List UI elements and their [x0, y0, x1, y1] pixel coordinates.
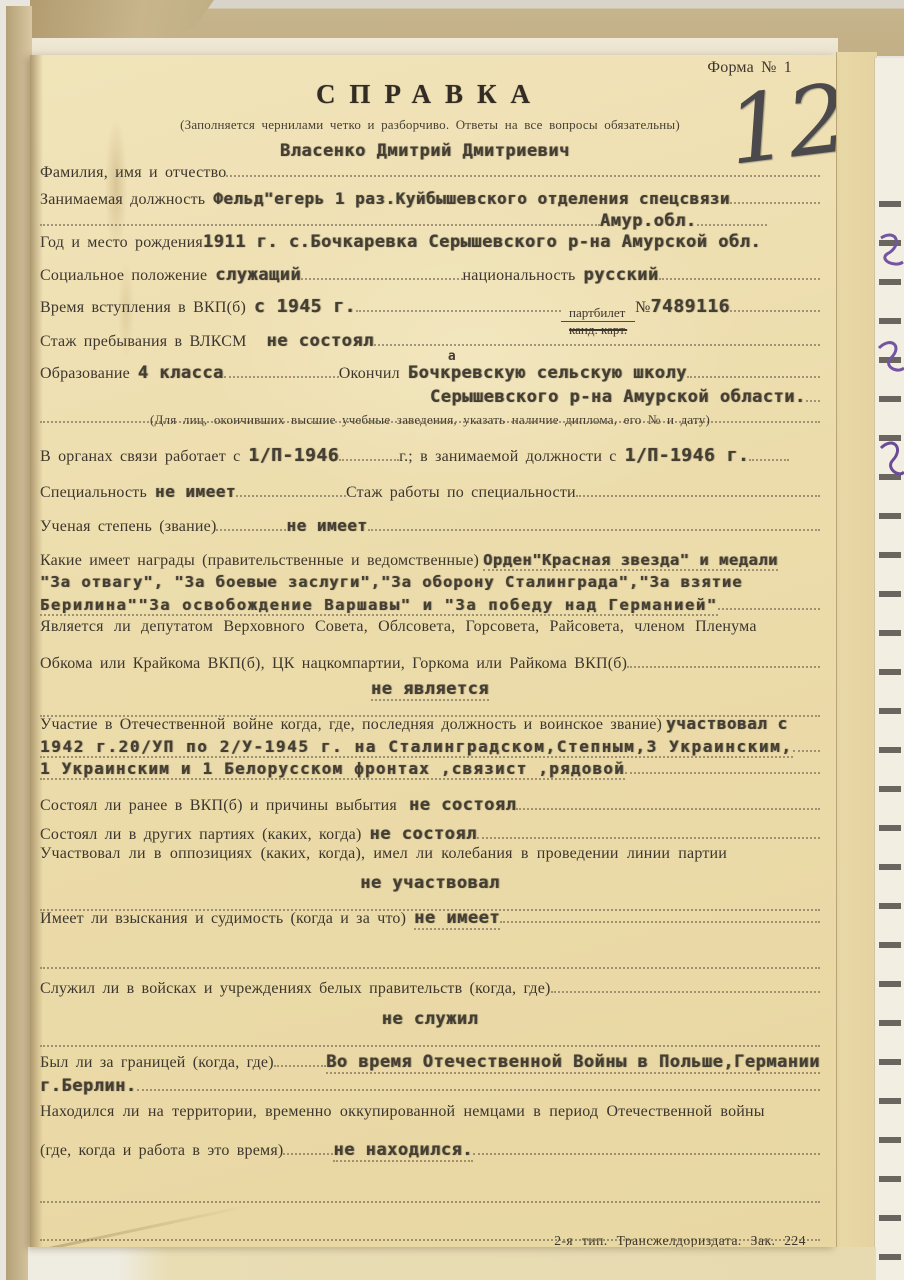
- dotted-line: [730, 188, 820, 204]
- field-degree-label: Ученая степень (звание): [40, 518, 216, 536]
- dotted-line: [687, 362, 820, 378]
- field-other-parties-value: не состоял: [370, 824, 477, 844]
- field-birth-label: Год и место рождения: [40, 234, 203, 252]
- handwritten-correction: а: [448, 349, 456, 364]
- dotted-line: [216, 515, 286, 531]
- field-penalties-label: Имеет ли взыскания и судимость (когда и …: [40, 910, 406, 928]
- dotted-line: [339, 445, 399, 461]
- dotted-line: [283, 1139, 333, 1155]
- number-sign: №: [635, 299, 650, 317]
- field-white-service-value: не служил: [382, 1009, 479, 1029]
- dotted-line: [473, 1139, 820, 1155]
- field-war-value1: участвовал с: [666, 714, 788, 733]
- field-specialty-experience-label: Стаж работы по специальности: [346, 484, 576, 502]
- underlying-sheet-bottom: [28, 1247, 876, 1280]
- dotted-line: [374, 330, 820, 346]
- dotted-line: [274, 1051, 326, 1067]
- handwritten-page-number: 12: [723, 72, 836, 180]
- dotted-line: [301, 264, 462, 280]
- field-school-value2: Серышевского р-на Амурской области.: [430, 387, 806, 407]
- dotted-line: [40, 1187, 820, 1203]
- field-specialty-label: Специальность: [40, 484, 147, 502]
- document-subtitle: (Заполняется чернилами четко и разборчив…: [180, 117, 680, 133]
- field-education-value: 4 класса: [138, 363, 224, 383]
- field-education-label: Образование: [40, 365, 130, 383]
- dotted-line: [576, 481, 820, 497]
- dotted-line: [627, 652, 820, 668]
- field-name-label: Фамилия, имя и отчество: [40, 164, 226, 182]
- document-page: Форма № 1 СПРАВКА (Заполняется чернилами…: [30, 55, 836, 1247]
- dotted-line: [224, 362, 339, 378]
- dotted-line: [226, 161, 820, 177]
- dotted-line: [477, 823, 820, 839]
- dotted-line: [368, 515, 820, 531]
- field-nationality-label: национальность: [463, 267, 576, 285]
- field-degree-value: не имеет: [286, 516, 367, 535]
- field-former-member-value: не состоял: [409, 795, 516, 815]
- field-specialty-value: не имеет: [155, 482, 236, 501]
- field-deputy-label1: Является ли депутатом Верховного Совета,…: [40, 618, 757, 636]
- field-deputy-value: не является: [371, 679, 489, 701]
- field-school-value: Бочкревскую сельскую школу: [408, 363, 687, 383]
- field-awards-value3: Берилина""За освобождение Варшавы" и "За…: [40, 596, 718, 616]
- dotted-line: [40, 953, 820, 969]
- field-service-label2: г.; в занимаемой должности с: [399, 448, 617, 466]
- field-komsomol-value: не состоял: [267, 331, 374, 351]
- field-birth-value: 1911 г. с.Бочкаревка Серышевского р-на А…: [203, 232, 761, 252]
- field-deputy-label2: Обкома или Крайкома ВКП(б), ЦК нацкомпар…: [40, 655, 627, 673]
- field-position-label: Занимаемая должность: [40, 191, 205, 209]
- document-title: СПРАВКА: [316, 79, 544, 110]
- field-awards-value1: Орден"Красная звезда" и медали: [483, 551, 778, 571]
- field-awards-label: Какие имеет награды (правительственные и…: [40, 552, 479, 570]
- dotted-line: [516, 794, 820, 810]
- field-opposition-label: Участвовал ли в оппозициях (каких, когда…: [40, 845, 727, 863]
- field-occupied-label1: Находился ли на территории, временно окк…: [40, 1103, 765, 1121]
- field-penalties-value: не имеет: [414, 908, 500, 930]
- field-graduated-label: Окончил: [339, 365, 400, 383]
- field-awards-value2: "За отвагу", "За боевые заслуги","За обо…: [40, 573, 743, 591]
- field-war-value3: 1 Украинским и 1 Белорусском фронтах ,св…: [40, 759, 625, 780]
- field-occupied-label2: (где, когда и работа в это время): [40, 1142, 283, 1160]
- field-war-value2: 1942 г.20/УП по 2/У-1945 г. на Сталингра…: [40, 737, 793, 758]
- dotted-line: [793, 736, 820, 752]
- party-card-number: 7489116: [651, 296, 730, 317]
- field-party-entry-label: Время вступления в ВКП(б): [40, 299, 246, 317]
- field-abroad-value: Во время Отечественной Войны в Польше,Ге…: [326, 1052, 820, 1074]
- field-komsomol-label: Стаж пребывания в ВЛКСМ: [40, 333, 247, 351]
- field-occupied-value: не находился.: [333, 1140, 473, 1162]
- field-position-value2: Амур.обл.: [600, 211, 697, 231]
- field-service-value: 1/П-1946: [248, 445, 339, 466]
- print-shop-imprint: 2-я тип. Трансжелдориздата. Зак. 224: [554, 1233, 806, 1247]
- field-war-label: Участие в Отечественной войне когда, где…: [40, 716, 662, 734]
- binding-shadow: [30, 55, 43, 1247]
- field-abroad-label: Был ли за границей (когда, где): [40, 1054, 274, 1072]
- field-service-label: В органах связи работает с: [40, 448, 240, 466]
- field-service-value2: 1/П-1946 г.: [625, 445, 750, 466]
- field-nationality-value: русский: [584, 265, 659, 285]
- underlying-page-top-edge: [26, 38, 838, 56]
- dotted-line: [730, 296, 820, 312]
- party-card-label: партбилет: [561, 305, 635, 322]
- field-former-member-label: Состоял ли ранее в ВКП(б) и причины выбы…: [40, 797, 397, 815]
- field-social-label: Социальное положение: [40, 267, 207, 285]
- neighbor-sheet-edge: [836, 52, 877, 1280]
- field-other-parties-label: Состоял ли в других партиях (каких, когд…: [40, 826, 362, 844]
- field-name-value: Власенко Дмитрий Дмитриевич: [280, 141, 570, 161]
- dotted-line: [806, 386, 820, 402]
- field-white-service-label: Служил ли в войсках и учреждениях белых …: [40, 980, 551, 998]
- dotted-line: [697, 210, 767, 226]
- field-position-value: Фельд"егерь 1 раз.Куйбышевского отделени…: [213, 189, 730, 208]
- dotted-line: [40, 210, 600, 226]
- dotted-line: [625, 758, 820, 774]
- field-social-value: служащий: [215, 265, 301, 285]
- dotted-line: [718, 594, 820, 610]
- field-party-entry-value: с 1945 г.: [254, 296, 356, 317]
- field-opposition-value: не участвовал: [360, 873, 500, 893]
- dotted-line: [40, 1031, 820, 1047]
- folder-binding-strip: [6, 6, 32, 1280]
- dotted-line: [551, 977, 820, 993]
- neighbor-page-handwriting-icon: [877, 228, 904, 488]
- dotted-line: [137, 1075, 820, 1091]
- education-note: (Для лиц, окончивших высшие учебные заве…: [150, 412, 710, 428]
- field-abroad-value2: г.Берлин.: [40, 1076, 137, 1096]
- dotted-line: [356, 296, 561, 312]
- neighbor-page-edge: [874, 58, 904, 1280]
- dotted-line: [659, 264, 820, 280]
- dotted-line: [749, 445, 789, 461]
- dotted-line: [236, 481, 346, 497]
- dotted-line: [500, 907, 820, 923]
